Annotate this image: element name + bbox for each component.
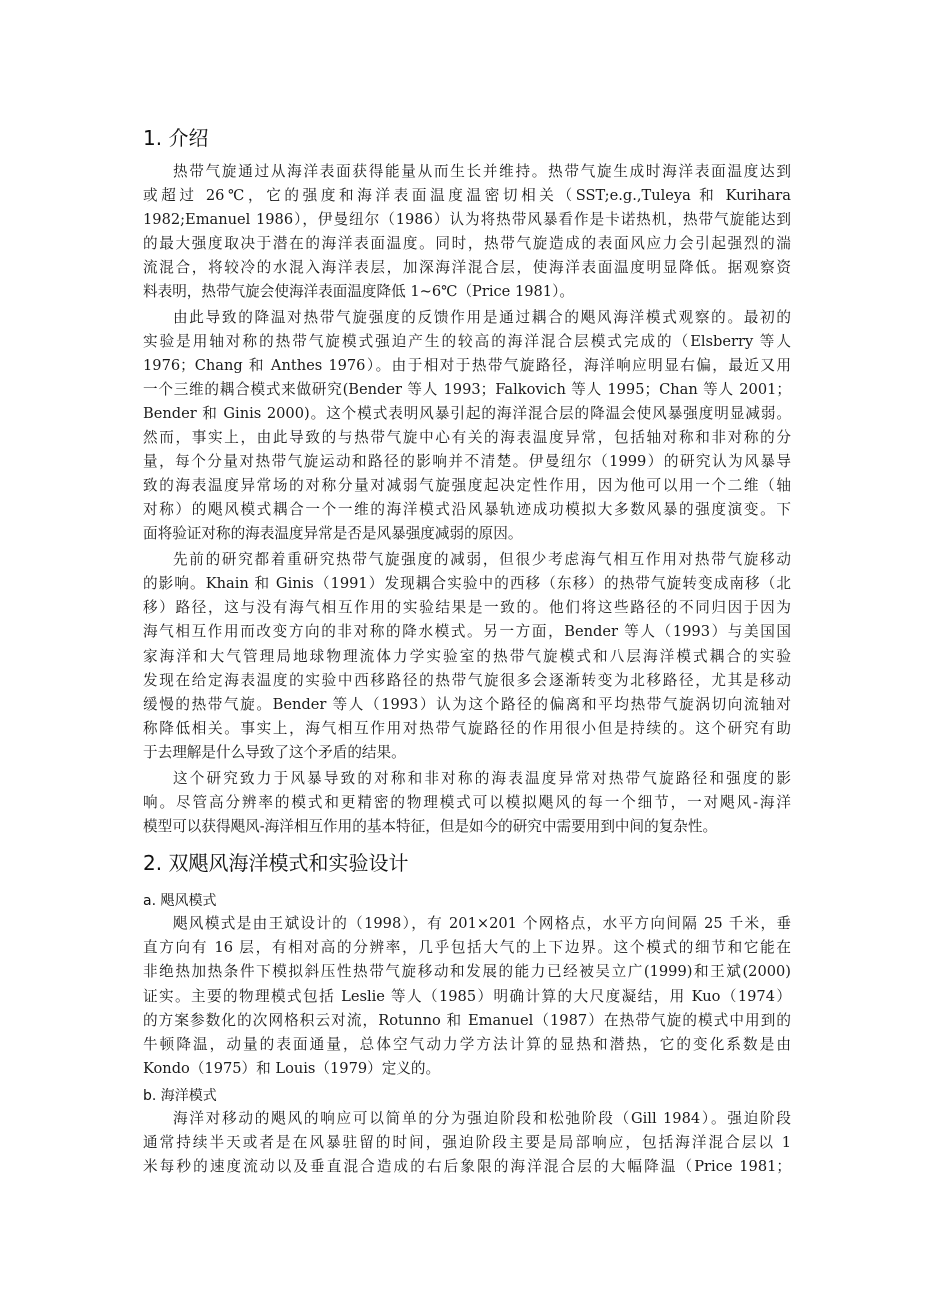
text-line: 证实。主要的物理模式包括 Leslie 等人（1985）明确计算的大尺度凝结，用… (143, 985, 791, 1009)
text-line: 流混合，将较冷的水混入海洋表层，加深海洋混合层，使海洋表面温度明显降低。据观察资 (143, 256, 791, 280)
text-line: 或超过 26℃，它的强度和海洋表面温度温密切相关（SST;e.g.,Tuleya… (143, 184, 791, 208)
text-line: 由此导致的降温对热带气旋强度的反馈作用是通过耦合的飓风海洋模式观察的。最初的 (143, 306, 791, 330)
text-line: 的方案参数化的次网格积云对流，Rotunno 和 Emanuel（1987）在热… (143, 1009, 791, 1033)
text-line: 一个三维的耦合模式来做研究(Bender 等人 1993；Falkovich 等… (143, 378, 791, 402)
text-line: Bender 和 Ginis 2000)。这个模式表明风暴引起的海洋混合层的降温… (143, 402, 791, 426)
text-line: 于去理解是什么导致了这个矛盾的结果。 (143, 741, 791, 765)
subsection-heading-hurricane-model: a. 飓风模式 (143, 892, 216, 910)
text-line: 飓风模式是由王斌设计的（1998），有 201×201 个网格点，水平方向间隔 … (143, 912, 791, 936)
text-line: 非绝热加热条件下模拟斜压性热带气旋移动和发展的能力已经被吴立广(1999)和王斌… (143, 960, 791, 984)
text-line: 量，每个分量对热带气旋运动和路径的影响并不清楚。伊曼纽尔（1999）的研究认为风… (143, 450, 791, 474)
text-line: 1982;Emanuel 1986），伊曼纽尔（1986）认为将热带风暴看作是卡… (143, 208, 791, 232)
text-line: 称降低相关。事实上，海气相互作用对热带气旋路径的作用很小但是持续的。这个研究有助 (143, 717, 791, 741)
text-line: 移）路径，这与没有海气相互作用的实验结果是一致的。他们将这些路径的不同归因于因为 (143, 596, 791, 620)
text-line: 牛顿降温，动量的表面通量，总体空气动力学方法计算的显热和潜热，它的变化系数是由 (143, 1033, 791, 1057)
text-line: 海气相互作用而改变方向的非对称的降水模式。另一方面，Bender 等人（1993… (143, 620, 791, 644)
text-line: 对称）的飓风模式耦合一个一维的海洋模式沿风暴轨迹成功模拟大多数风暴的强度演变。下 (143, 498, 791, 522)
text-line: 实验是用轴对称的热带气旋模式强迫产生的较高的海洋混合层模式完成的（Elsberr… (143, 330, 791, 354)
text-line: 热带气旋通过从海洋表面获得能量从而生长并维持。热带气旋生成时海洋表面温度达到 (143, 160, 791, 184)
text-line: 直方向有 16 层，有相对高的分辨率，几乎包括大气的上下边界。这个模式的细节和它… (143, 936, 791, 960)
subsection-heading-ocean-model: b. 海洋模式 (143, 1087, 217, 1105)
text-line: 通常持续半天或者是在风暴驻留的时间，强迫阶段主要是局部响应，包括海洋混合层以 1 (143, 1131, 791, 1155)
section-heading-model-design: 2. 双飓风海洋模式和实验设计 (143, 851, 408, 875)
text-line: 缓慢的热带气旋。Bender 等人（1993）认为这个路径的偏离和平均热带气旋涡… (143, 693, 791, 717)
text-line: 响。尽管高分辨率的模式和更精密的物理模式可以模拟飓风的每一个细节，一对飓风-海洋 (143, 791, 791, 815)
text-line: 1976；Chang 和 Anthes 1976）。由于相对于热带气旋路径，海洋… (143, 354, 791, 378)
text-line: 的影响。Khain 和 Ginis（1991）发现耦合实验中的西移（东移）的热带… (143, 572, 791, 596)
text-line: 海洋对移动的飓风的响应可以简单的分为强迫阶段和松弛阶段（Gill 1984）。强… (143, 1107, 791, 1131)
text-line: 面将验证对称的海表温度异常是否是风暴强度减弱的原因。 (143, 522, 791, 546)
text-line: 先前的研究都着重研究热带气旋强度的减弱，但很少考虑海气相互作用对热带气旋移动 (143, 548, 791, 572)
text-line: 家海洋和大气管理局地球物理流体力学实验室的热带气旋模式和八层海洋模式耦合的实验 (143, 645, 791, 669)
section-heading-introduction: 1. 介绍 (143, 126, 208, 150)
text-line: 发现在给定海表温度的实验中西移路径的热带气旋很多会逐渐转变为北移路径，尤其是移动 (143, 669, 791, 693)
text-line: Kondo（1975）和 Louis（1979）定义的。 (143, 1057, 791, 1081)
text-line: 然而，事实上，由此导致的与热带气旋中心有关的海表温度异常，包括轴对称和非对称的分 (143, 426, 791, 450)
text-line: 米每秒的速度流动以及垂直混合造成的右后象限的海洋混合层的大幅降温（Price 1… (143, 1155, 791, 1179)
text-line: 料表明，热带气旋会使海洋表面温度降低 1~6℃（Price 1981）。 (143, 280, 791, 304)
text-line: 致的海表温度异常场的对称分量对减弱气旋强度起决定性作用，因为他可以用一个二维（轴 (143, 474, 791, 498)
text-line: 的最大强度取决于潜在的海洋表面温度。同时，热带气旋造成的表面风应力会引起强烈的湍 (143, 232, 791, 256)
text-line: 这个研究致力于风暴导致的对称和非对称的海表温度异常对热带气旋路径和强度的影 (143, 767, 791, 791)
text-line: 模型可以获得飓风-海洋相互作用的基本特征，但是如今的研究中需要用到中间的复杂性。 (143, 815, 791, 839)
